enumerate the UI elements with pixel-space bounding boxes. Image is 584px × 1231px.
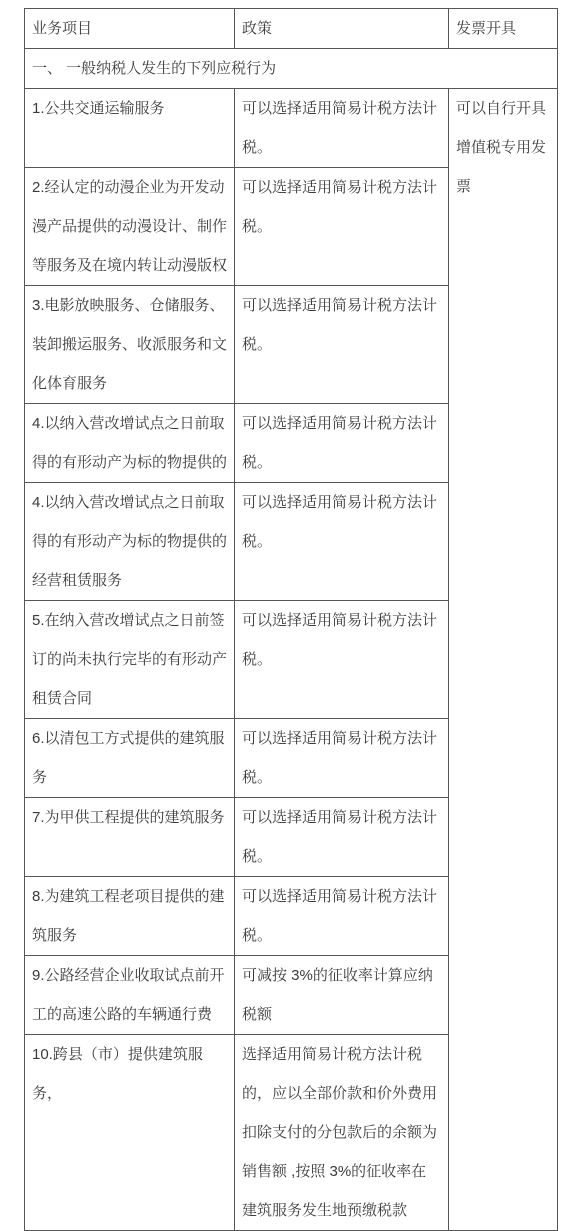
- policy-cell: 可以选择适用简易计税方法计税。: [235, 601, 449, 719]
- item-cell: 2.经认定的动漫企业为开发动漫产品提供的动漫设计、制作等服务及在境内转让动漫版权: [25, 168, 235, 286]
- invoice-note-cell: 可以自行开具增值税专用发票: [449, 89, 558, 1231]
- policy-cell: 可以选择适用简易计税方法计税。: [235, 798, 449, 877]
- item-cell: 7.为甲供工程提供的建筑服务: [25, 798, 235, 877]
- policy-cell: 可以选择适用简易计税方法计税。: [235, 286, 449, 404]
- item-cell: 10.跨县（市）提供建筑服务，: [25, 1035, 235, 1231]
- table-row: 1.公共交通运输服务 可以选择适用简易计税方法计税。 可以自行开具增值税专用发票: [25, 89, 558, 168]
- section-row: 一、 一般纳税人发生的下列应税行为: [25, 49, 558, 89]
- policy-cell: 可以选择适用简易计税方法计税。: [235, 877, 449, 956]
- policy-cell: 选择适用简易计税方法计税的，应以全部价款和价外费用扣除支付的分包款后的余额为销售…: [235, 1035, 449, 1231]
- item-cell: 5.在纳入营改增试点之日前签订的尚未执行完毕的有形动产租赁合同: [25, 601, 235, 719]
- item-cell: 1.公共交通运输服务: [25, 89, 235, 168]
- policy-cell: 可以选择适用简易计税方法计税。: [235, 89, 449, 168]
- item-cell: 9.公路经营企业收取试点前开工的高速公路的车辆通行费: [25, 956, 235, 1035]
- policy-cell: 可以选择适用简易计税方法计税。: [235, 404, 449, 483]
- section-title: 一、 一般纳税人发生的下列应税行为: [25, 49, 558, 89]
- policy-cell: 可以选择适用简易计税方法计税。: [235, 483, 449, 601]
- column-header-business-item: 业务项目: [25, 9, 235, 49]
- policy-cell: 可以选择适用简易计税方法计税。: [235, 719, 449, 798]
- item-cell: 6.以清包工方式提供的建筑服务: [25, 719, 235, 798]
- item-cell: 3.电影放映服务、仓储服务、装卸搬运服务、收派服务和文化体育服务: [25, 286, 235, 404]
- item-cell: 8.为建筑工程老项目提供的建筑服务: [25, 877, 235, 956]
- item-cell: 4.以纳入营改增试点之日前取得的有形动产为标的物提供的: [25, 404, 235, 483]
- item-cell: 4.以纳入营改增试点之日前取得的有形动产为标的物提供的经营租赁服务: [25, 483, 235, 601]
- header-row: 业务项目 政策 发票开具: [25, 9, 558, 49]
- policy-cell: 可以选择适用简易计税方法计税。: [235, 168, 449, 286]
- tax-policy-table: 业务项目 政策 发票开具 一、 一般纳税人发生的下列应税行为 1.公共交通运输服…: [24, 8, 558, 1231]
- policy-cell: 可减按 3%的征收率计算应纳税额: [235, 956, 449, 1035]
- column-header-invoice: 发票开具: [449, 9, 558, 49]
- column-header-policy: 政策: [235, 9, 449, 49]
